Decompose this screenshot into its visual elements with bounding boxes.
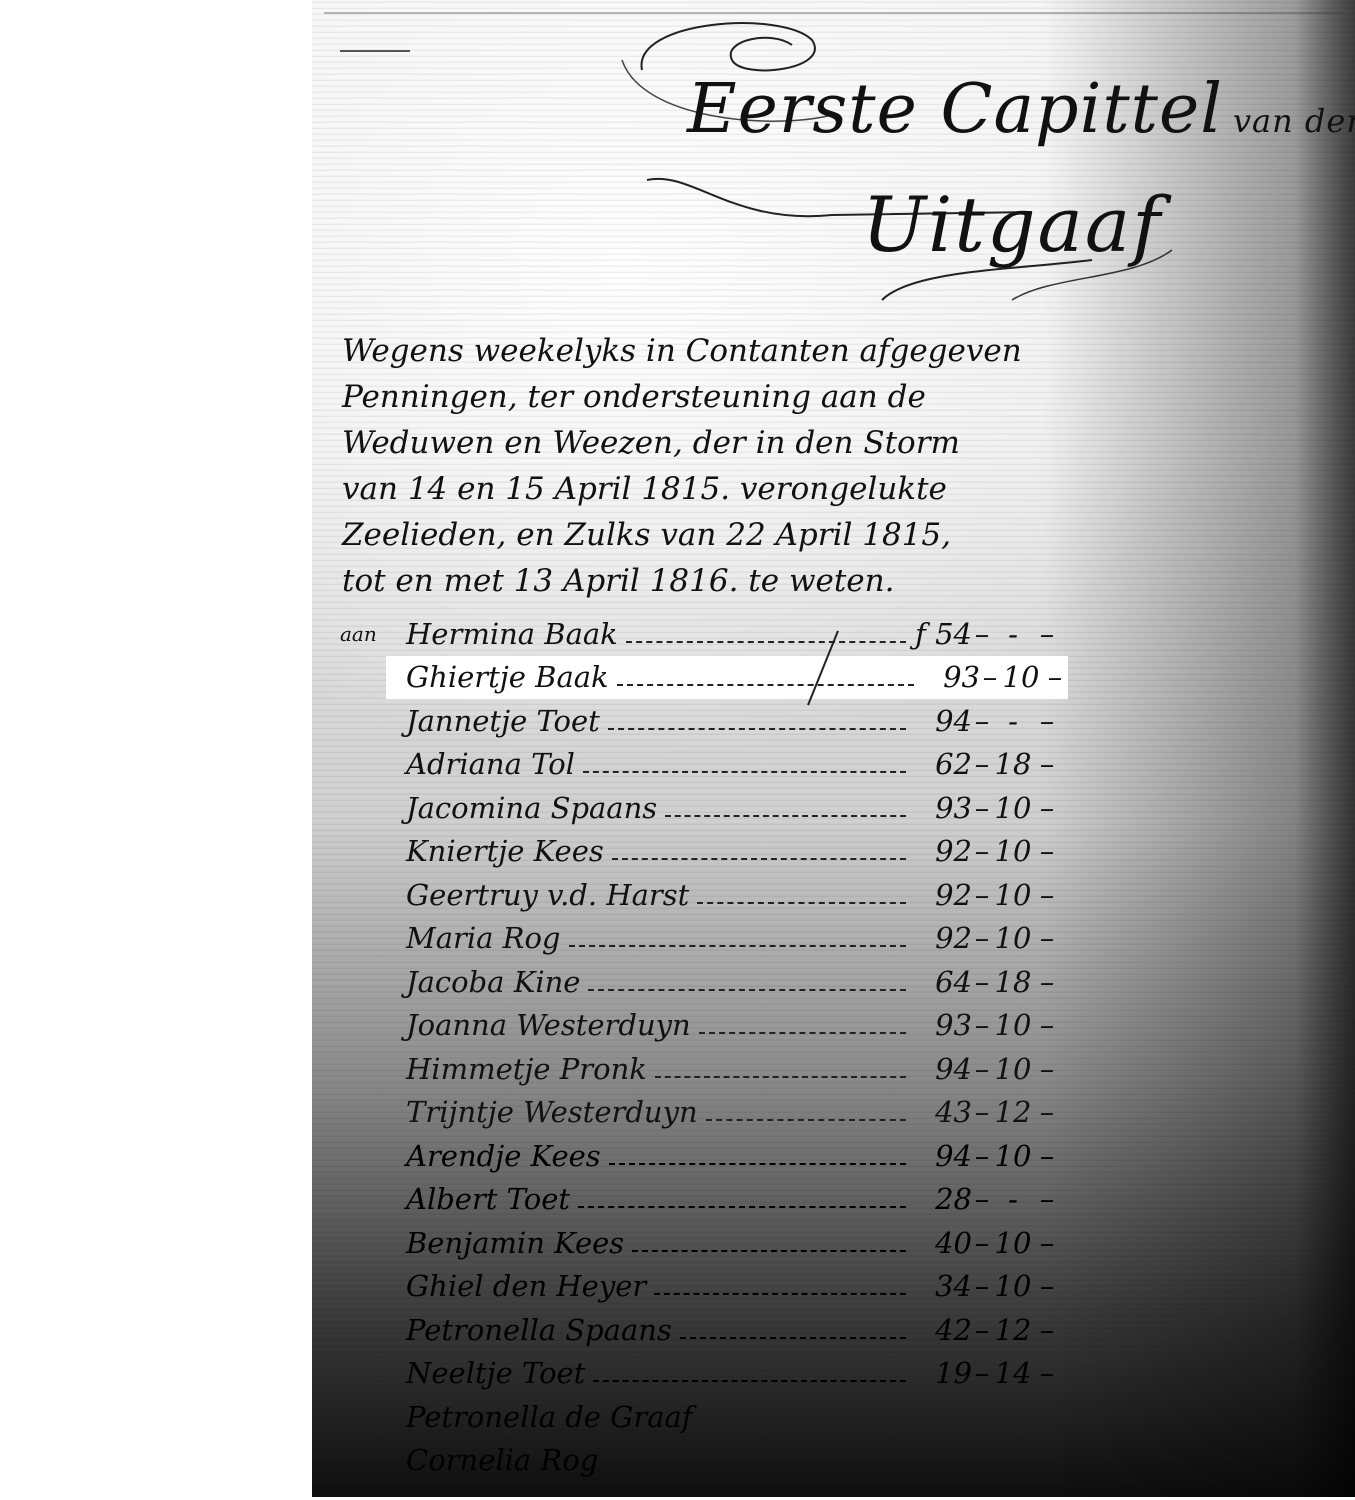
entry-name: Ghiel den Heyer (406, 1269, 646, 1303)
entry-stuivers: 10 (992, 791, 1034, 825)
dot-leader (578, 1206, 906, 1208)
entry-stuivers: 10 (1000, 660, 1042, 694)
tail-dash: – (1034, 1269, 1060, 1303)
separator: – (972, 704, 992, 738)
entry-name: Adriana Tol (406, 747, 575, 781)
entry-name: Hermina Baak (406, 617, 618, 651)
tail-dash: – (1034, 704, 1060, 738)
tail-dash: – (1042, 660, 1068, 694)
intro-line: van 14 en 15 April 1815. verongelukte (342, 466, 1062, 512)
dot-leader (569, 945, 907, 947)
ledger-row: Himmetje Pronk 94 – 10 – (340, 1047, 1060, 1091)
page-subtitle: Uitgaaf (862, 180, 1162, 269)
intro-line: Weduwen en Weezen, der in den Storm (342, 420, 1062, 466)
tail-dash: – (1034, 834, 1060, 868)
dot-leader (612, 858, 906, 860)
separator: – (972, 1182, 992, 1216)
entry-stuivers: 10 (992, 1008, 1034, 1042)
tail-dash: – (1034, 1008, 1060, 1042)
entry-name: Ghiertje Baak (406, 660, 609, 694)
entry-name: Himmetje Pronk (406, 1052, 647, 1086)
dot-leader (655, 1076, 906, 1078)
entry-name: Joanna Westerduyn (406, 1008, 691, 1042)
ledger-row: Benjamin Kees 40 – 10 – (340, 1221, 1060, 1265)
entry-name: Albert Toet (406, 1182, 570, 1216)
tail-dash: – (1034, 617, 1060, 651)
entry-stuivers: 10 (992, 1139, 1034, 1173)
tail-dash: – (1034, 1182, 1060, 1216)
separator: – (972, 1052, 992, 1086)
entry-guilders: 94 (914, 704, 972, 738)
intro-line: tot en met 13 April 1816. te weten. (342, 558, 1062, 604)
separator: – (972, 1269, 992, 1303)
tail-dash: – (1034, 878, 1060, 912)
dot-leader (680, 1337, 906, 1339)
entry-guilders: 62 (914, 747, 972, 781)
entry-stuivers: - (992, 1182, 1034, 1216)
tail-dash: – (1034, 791, 1060, 825)
separator: – (972, 747, 992, 781)
dot-leader (699, 1032, 906, 1034)
ledger-row-highlighted: Ghiertje Baak 93 – 10 – (386, 656, 1068, 700)
ledger-row: aan Hermina Baak ƒ 54 – - – (340, 612, 1060, 656)
separator: – (972, 921, 992, 955)
ledger-row: Trijntje Westerduyn 43 – 12 – (340, 1091, 1060, 1135)
entry-stuivers: - (992, 704, 1034, 738)
entry-name: Jacomina Spaans (406, 791, 657, 825)
entry-name: Jacoba Kine (406, 965, 580, 999)
entry-stuivers: 14 (992, 1356, 1034, 1390)
title-main: Eerste Capittel (687, 70, 1223, 149)
intro-line: Zeelieden, en Zulks van 22 April 1815, (342, 512, 1062, 558)
entry-stuivers: - (992, 617, 1034, 651)
ledger-row: Jannetje Toet 94 – - – (340, 699, 1060, 743)
entry-name: Trijntje Westerduyn (406, 1095, 698, 1129)
ledger-list: aan Hermina Baak ƒ 54 – - – Ghiertje Baa… (340, 612, 1060, 1482)
tail-dash: – (1034, 747, 1060, 781)
separator: – (972, 1313, 992, 1347)
separator: – (972, 617, 992, 651)
dot-leader (593, 1380, 906, 1382)
separator: – (972, 791, 992, 825)
separator: – (972, 1139, 992, 1173)
ledger-row: Cornelia Rog (340, 1439, 1060, 1483)
intro-line: Wegens weekelyks in Contanten afgegeven (342, 328, 1062, 374)
entry-guilders: 94 (914, 1052, 972, 1086)
tail-dash: – (1034, 965, 1060, 999)
entry-name: Neeltje Toet (406, 1356, 585, 1390)
ledger-row: Arendje Kees 94 – 10 – (340, 1134, 1060, 1178)
separator: – (972, 878, 992, 912)
separator: – (972, 1226, 992, 1260)
entry-guilders: ƒ 54 (914, 617, 972, 651)
separator: – (972, 1008, 992, 1042)
entry-name: Jannetje Toet (406, 704, 600, 738)
ledger-row: Jacomina Spaans 93 – 10 – (340, 786, 1060, 830)
ledger-row: Neeltje Toet 19 – 14 – (340, 1352, 1060, 1396)
entry-name: Petronella Spaans (406, 1313, 672, 1347)
tail-dash: – (1034, 1313, 1060, 1347)
dot-leader (617, 684, 914, 686)
tail-dash: – (1034, 1052, 1060, 1086)
entry-guilders: 40 (914, 1226, 972, 1260)
entry-guilders: 92 (914, 921, 972, 955)
entry-name: Kniertje Kees (406, 834, 604, 868)
dot-leader (706, 1119, 906, 1121)
entry-stuivers: 12 (992, 1095, 1034, 1129)
ledger-row: Joanna Westerduyn 93 – 10 – (340, 1004, 1060, 1048)
entry-guilders: 93 (914, 1008, 972, 1042)
entry-guilders: 19 (914, 1356, 972, 1390)
entry-stuivers: 10 (992, 1052, 1034, 1086)
ledger-row: Geertruy v.d. Harst 92 – 10 – (340, 873, 1060, 917)
entry-name: Arendje Kees (406, 1139, 601, 1173)
entry-stuivers: 10 (992, 1269, 1034, 1303)
separator: – (972, 1356, 992, 1390)
entry-guilders: 42 (914, 1313, 972, 1347)
ledger-row: Albert Toet 28 – - – (340, 1178, 1060, 1222)
dot-leader (626, 641, 906, 643)
entry-guilders: 34 (914, 1269, 972, 1303)
ledger-row: Adriana Tol 62 – 18 – (340, 743, 1060, 787)
entry-guilders: 93 (914, 791, 972, 825)
separator: – (980, 660, 1000, 694)
title-suffix: van den (1233, 102, 1355, 140)
entry-prefix: aan (340, 622, 406, 646)
entry-name: Geertruy v.d. Harst (406, 878, 689, 912)
title-flourish-icon (312, 0, 1355, 320)
intro-paragraph: Wegens weekelyks in Contanten afgegeven … (342, 328, 1062, 604)
entry-guilders: 64 (914, 965, 972, 999)
entry-guilders: 92 (914, 878, 972, 912)
entry-guilders: 28 (914, 1182, 972, 1216)
dot-leader (583, 771, 906, 773)
ledger-row: Ghiel den Heyer 34 – 10 – (340, 1265, 1060, 1309)
entry-stuivers: 10 (992, 1226, 1034, 1260)
ledger-row: Petronella Spaans 42 – 12 – (340, 1308, 1060, 1352)
ledger-row: Jacoba Kine 64 – 18 – (340, 960, 1060, 1004)
dot-leader (609, 1163, 906, 1165)
dot-leader (588, 989, 906, 991)
entry-name: Benjamin Kees (406, 1226, 624, 1260)
entry-guilders: 94 (914, 1139, 972, 1173)
tail-dash: – (1034, 1226, 1060, 1260)
entry-stuivers: 18 (992, 965, 1034, 999)
entry-stuivers: 10 (992, 921, 1034, 955)
entry-stuivers: 10 (992, 834, 1034, 868)
entry-stuivers: 18 (992, 747, 1034, 781)
entry-guilders: 43 (914, 1095, 972, 1129)
dot-leader (608, 728, 906, 730)
document-page: Eerste Capittelvan den Uitgaaf Wegens we… (312, 0, 1355, 1497)
entry-name: Cornelia Rog (406, 1443, 598, 1477)
tail-dash: – (1034, 1139, 1060, 1173)
entry-stuivers: 10 (992, 878, 1034, 912)
dot-leader (697, 902, 906, 904)
entry-guilders: 92 (914, 834, 972, 868)
separator: – (972, 1095, 992, 1129)
separator: – (972, 834, 992, 868)
entry-guilders: 93 (922, 660, 980, 694)
entry-stuivers: 12 (992, 1313, 1034, 1347)
dot-leader (632, 1250, 906, 1252)
page-title: Eerste Capittelvan den (687, 70, 1355, 149)
entry-name: Petronella de Graaf (406, 1400, 693, 1434)
tail-dash: – (1034, 921, 1060, 955)
tail-dash: – (1034, 1095, 1060, 1129)
dot-leader (654, 1293, 906, 1295)
dot-leader (665, 815, 906, 817)
ledger-row: Maria Rog 92 – 10 – (340, 917, 1060, 961)
ledger-row: Kniertje Kees 92 – 10 – (340, 830, 1060, 874)
separator: – (972, 965, 992, 999)
ledger-row: Petronella de Graaf (340, 1395, 1060, 1439)
entry-name: Maria Rog (406, 921, 561, 955)
tail-dash: – (1034, 1356, 1060, 1390)
intro-line: Penningen, ter ondersteuning aan de (342, 374, 1062, 420)
